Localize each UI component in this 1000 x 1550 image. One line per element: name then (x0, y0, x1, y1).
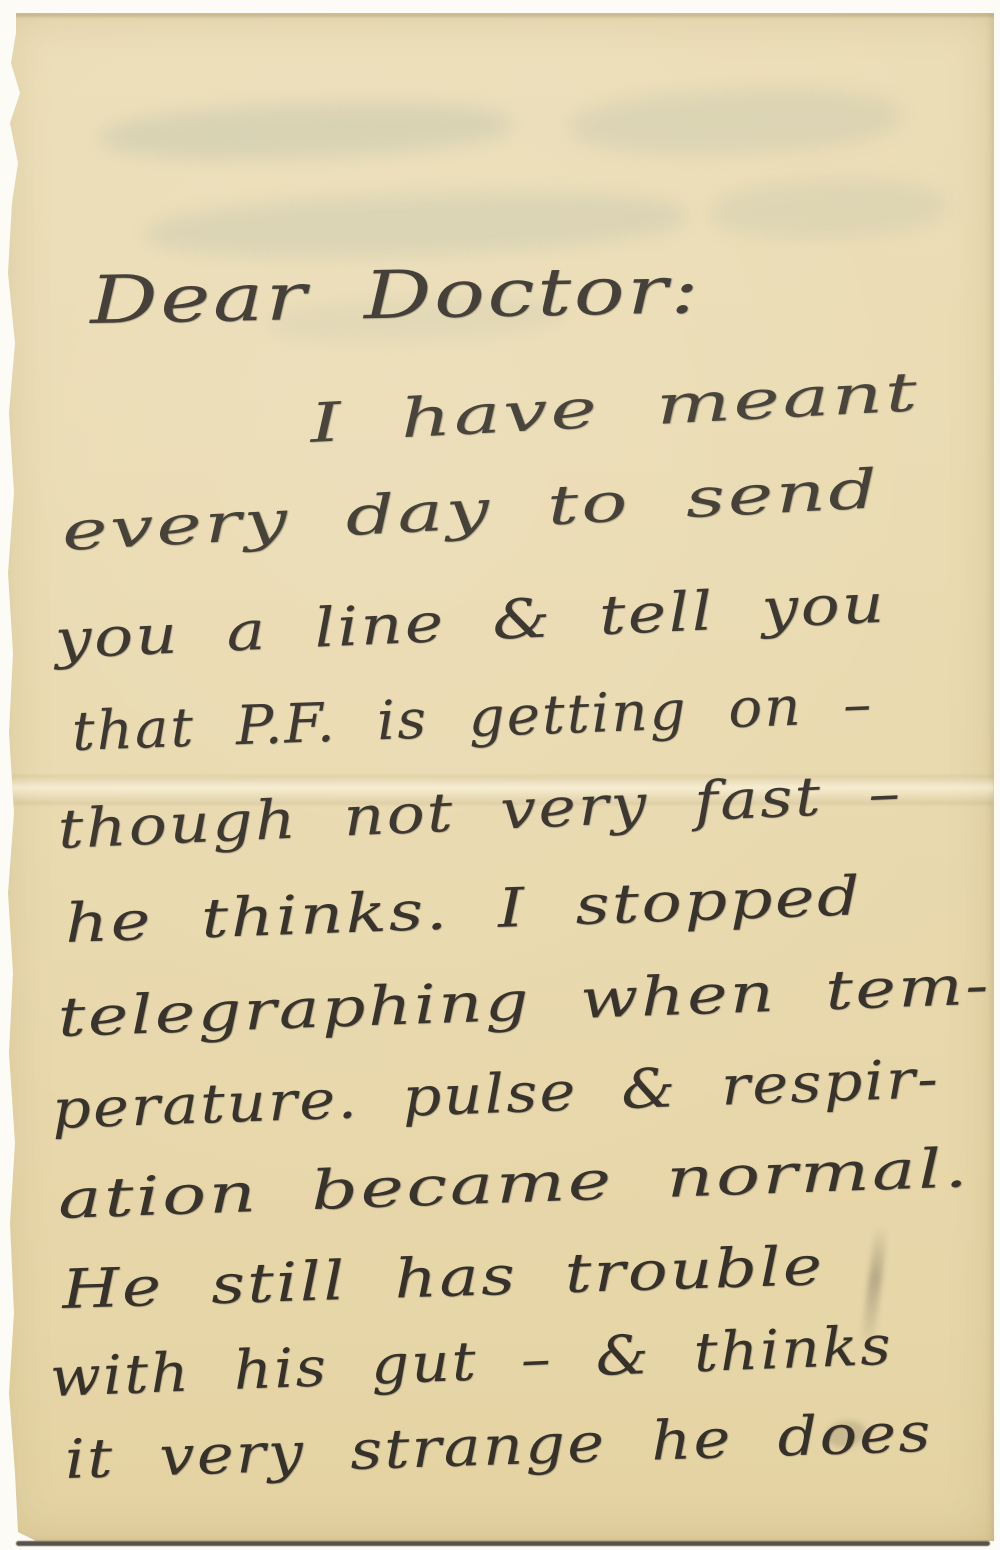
letter-line: telegraphing when tem- (57, 953, 992, 1049)
letter-line: perature. pulse & respir- (51, 1047, 941, 1141)
letter-line: with his gut – & thinks (49, 1314, 894, 1409)
letter-line: it very strange he does (64, 1401, 933, 1491)
letter-page: Dear Doctor: I have meant every day to s… (6, 13, 994, 1541)
show-through-ghost (570, 85, 902, 158)
letter-line: he thinks. I stopped (64, 864, 863, 955)
letter-line: that P.F. is getting on – (71, 672, 874, 763)
letter-line: I have meant (308, 360, 921, 455)
page-bottom-edge (16, 1541, 990, 1546)
letter-line: every day to send (60, 457, 881, 563)
show-through-ghost (710, 177, 947, 241)
letter-line: He still has trouble (61, 1234, 825, 1321)
salutation-line: Dear Doctor: (89, 251, 701, 339)
show-through-ghost (100, 98, 512, 164)
letter-line: ation became normal. (57, 1136, 971, 1231)
letter-line: you a line & tell you (54, 572, 888, 671)
